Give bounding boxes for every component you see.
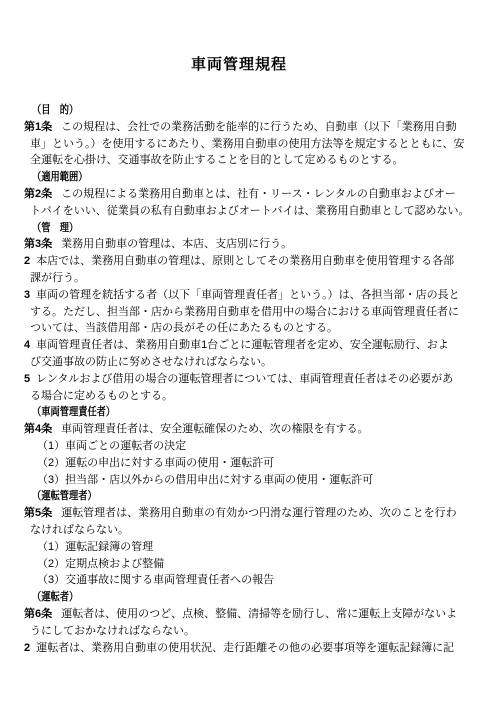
article-line: なければならない。 [30, 522, 470, 539]
document-body: （目 的） 第1条この規程は、会社での業務活動を能率的に行うため、自動車（以下「… [24, 102, 470, 656]
article-label: 第5条 [24, 507, 52, 519]
clause-number: 2 [24, 255, 30, 267]
list-item: （1）運転記録簿の管理 [37, 539, 470, 556]
document-page: 車両管理規程 （目 的） 第1条この規程は、会社での業務活動を能率的に行うため、… [0, 0, 486, 706]
article-5: 第5条運転管理者は、業務用自動車の有効かつ円滑な運行管理のため、次のことを行わ … [24, 505, 470, 539]
article-line: うにしておかなければならない。 [30, 623, 470, 640]
article-line: トバイをいい、従業員の私有自動車およびオートバイは、業務用自動車として認めない。 [30, 203, 470, 220]
clause-number: 5 [24, 373, 30, 385]
article-line: 第5条運転管理者は、業務用自動車の有効かつ円滑な運行管理のため、次のことを行わ [24, 505, 470, 522]
article-text: この規程による業務用自動車とは、社有・リース・レンタルの自動車およびオー [61, 188, 456, 200]
clause-number: 3 [24, 289, 30, 301]
article-line: する。ただし、担当部・店から業務用自動車を借用中の場合における車両管理責任者に [30, 304, 470, 321]
article-text: 運転者は、業務用自動車の使用状況、走行距離その他の必要事項等を運転記録簿に記 [36, 642, 454, 654]
article-line: 第6条運転者は、使用のつど、点検、整備、清掃等を励行し、常に運転上支障がないよ [24, 606, 470, 623]
article-text: この規程は、会社での業務活動を能率的に行うため、自動車（以下「業務用自動 [61, 121, 457, 133]
article-label: 第1条 [24, 121, 52, 133]
article-label: 第3条 [24, 238, 52, 250]
article-line: 第1条この規程は、会社での業務活動を能率的に行うため、自動車（以下「業務用自動 [24, 119, 470, 136]
article-6-clause-2: 2運転者は、業務用自動車の使用状況、走行距離その他の必要事項等を運転記録簿に記 [24, 640, 470, 657]
list-item: （3）担当部・店以外からの借用申出に対する車両の使用・運転許可 [37, 472, 470, 489]
article-3-clause-3: 3車両の管理を統括する者（以下「車両管理責任者」という。）は、各担当部・店の長と… [24, 287, 470, 337]
article-line: ついては、当該借用部・店の長がその任にあたるものとする。 [30, 320, 470, 337]
article-text: 業務用自動車の管理は、本店、支店別に行う。 [61, 238, 292, 250]
article-1: 第1条この規程は、会社での業務活動を能率的に行うため、自動車（以下「業務用自動 … [24, 119, 470, 169]
list-item: （3）交通事故に関する車両管理責任者への報告 [37, 572, 470, 589]
clause-number: 2 [24, 642, 30, 654]
list-item: （2）運転の申出に対する車両の使用・運転許可 [37, 455, 470, 472]
article-line: 2運転者は、業務用自動車の使用状況、走行距離その他の必要事項等を運転記録簿に記 [24, 640, 470, 657]
section-heading-scope: （適用範囲） [32, 169, 400, 186]
article-line: 第2条この規程による業務用自動車とは、社有・リース・レンタルの自動車およびオー [24, 186, 470, 203]
article-line: 第3条業務用自動車の管理は、本店、支店別に行う。 [24, 236, 470, 253]
article-4: 第4条車両管理責任者は、安全運転確保のため、次の権限を有する。 [24, 421, 470, 438]
article-line: び交通事故の防止に努めさせなければならない。 [30, 354, 470, 371]
article-6: 第6条運転者は、使用のつど、点検、整備、清掃等を励行し、常に運転上支障がないよ … [24, 606, 470, 640]
article-line: 第4条車両管理責任者は、安全運転確保のため、次の権限を有する。 [24, 421, 470, 438]
article-line: 4車両管理責任者は、業務用自動車1台ごとに運転管理者を定め、安全運転励行、およ [24, 337, 470, 354]
article-2: 第2条この規程による業務用自動車とは、社有・リース・レンタルの自動車およびオー … [24, 186, 470, 220]
article-line: る場合に定めるものとする。 [30, 388, 470, 405]
article-line: 全運転を心掛け、交通事故を防止することを目的として定めるものとする。 [30, 152, 470, 169]
article-line: 5レンタルおよび借用の場合の運転管理者については、車両管理責任者はその必要があ [24, 371, 470, 388]
article-text: 車両管理責任者は、安全運転確保のため、次の権限を有する。 [61, 423, 369, 435]
document-title: 車両管理規程 [16, 55, 462, 75]
list-item: （2）定期点検および整備 [37, 556, 470, 573]
article-text: 運転管理者は、業務用自動車の有効かつ円滑な運行管理のため、次のことを行わ [61, 507, 457, 519]
article-label: 第4条 [24, 423, 52, 435]
article-text: 車両の管理を統括する者（以下「車両管理責任者」という。）は、各担当部・店の長と [36, 289, 460, 301]
section-heading-purpose: （目 的） [32, 102, 400, 119]
article-3-clause-5: 5レンタルおよび借用の場合の運転管理者については、車両管理責任者はその必要があ … [24, 371, 470, 405]
article-line: 車」という。）を使用するにあたり、業務用自動車の使用方法等を規定するとともに、安 [30, 136, 470, 153]
article-3: 第3条業務用自動車の管理は、本店、支店別に行う。 [24, 236, 470, 253]
article-line: 2本店では、業務用自動車の管理は、原則としてその業務用自動車を使用管理する各部 [24, 253, 470, 270]
article-label: 第2条 [24, 188, 52, 200]
article-text: レンタルおよび借用の場合の運転管理者については、車両管理責任者はその必要があ [36, 373, 453, 385]
article-3-clause-2: 2本店では、業務用自動車の管理は、原則としてその業務用自動車を使用管理する各部 … [24, 253, 470, 287]
article-line: 3車両の管理を統括する者（以下「車両管理責任者」という。）は、各担当部・店の長と [24, 287, 470, 304]
article-text: 運転者は、使用のつど、点検、整備、清掃等を励行し、常に運転上支障がないよ [61, 608, 457, 620]
clause-number: 4 [24, 339, 30, 351]
article-line: 課が行う。 [30, 270, 470, 287]
article-text: 車両管理責任者は、業務用自動車1台ごとに運転管理者を定め、安全運転励行、およ [36, 339, 449, 351]
article-text: 本店では、業務用自動車の管理は、原則としてその業務用自動車を使用管理する各部 [36, 255, 454, 267]
section-heading-management: （管 理） [32, 220, 400, 237]
article-3-clause-4: 4車両管理責任者は、業務用自動車1台ごとに運転管理者を定め、安全運転励行、およ … [24, 337, 470, 371]
section-heading-operation-manager: （運転管理者） [32, 488, 400, 505]
article-label: 第6条 [24, 608, 52, 620]
section-heading-vehicle-manager: （車両管理責任者） [32, 404, 400, 421]
section-heading-driver: （運転者） [32, 589, 400, 606]
list-item: （1）車両ごとの運転者の決定 [37, 438, 470, 455]
